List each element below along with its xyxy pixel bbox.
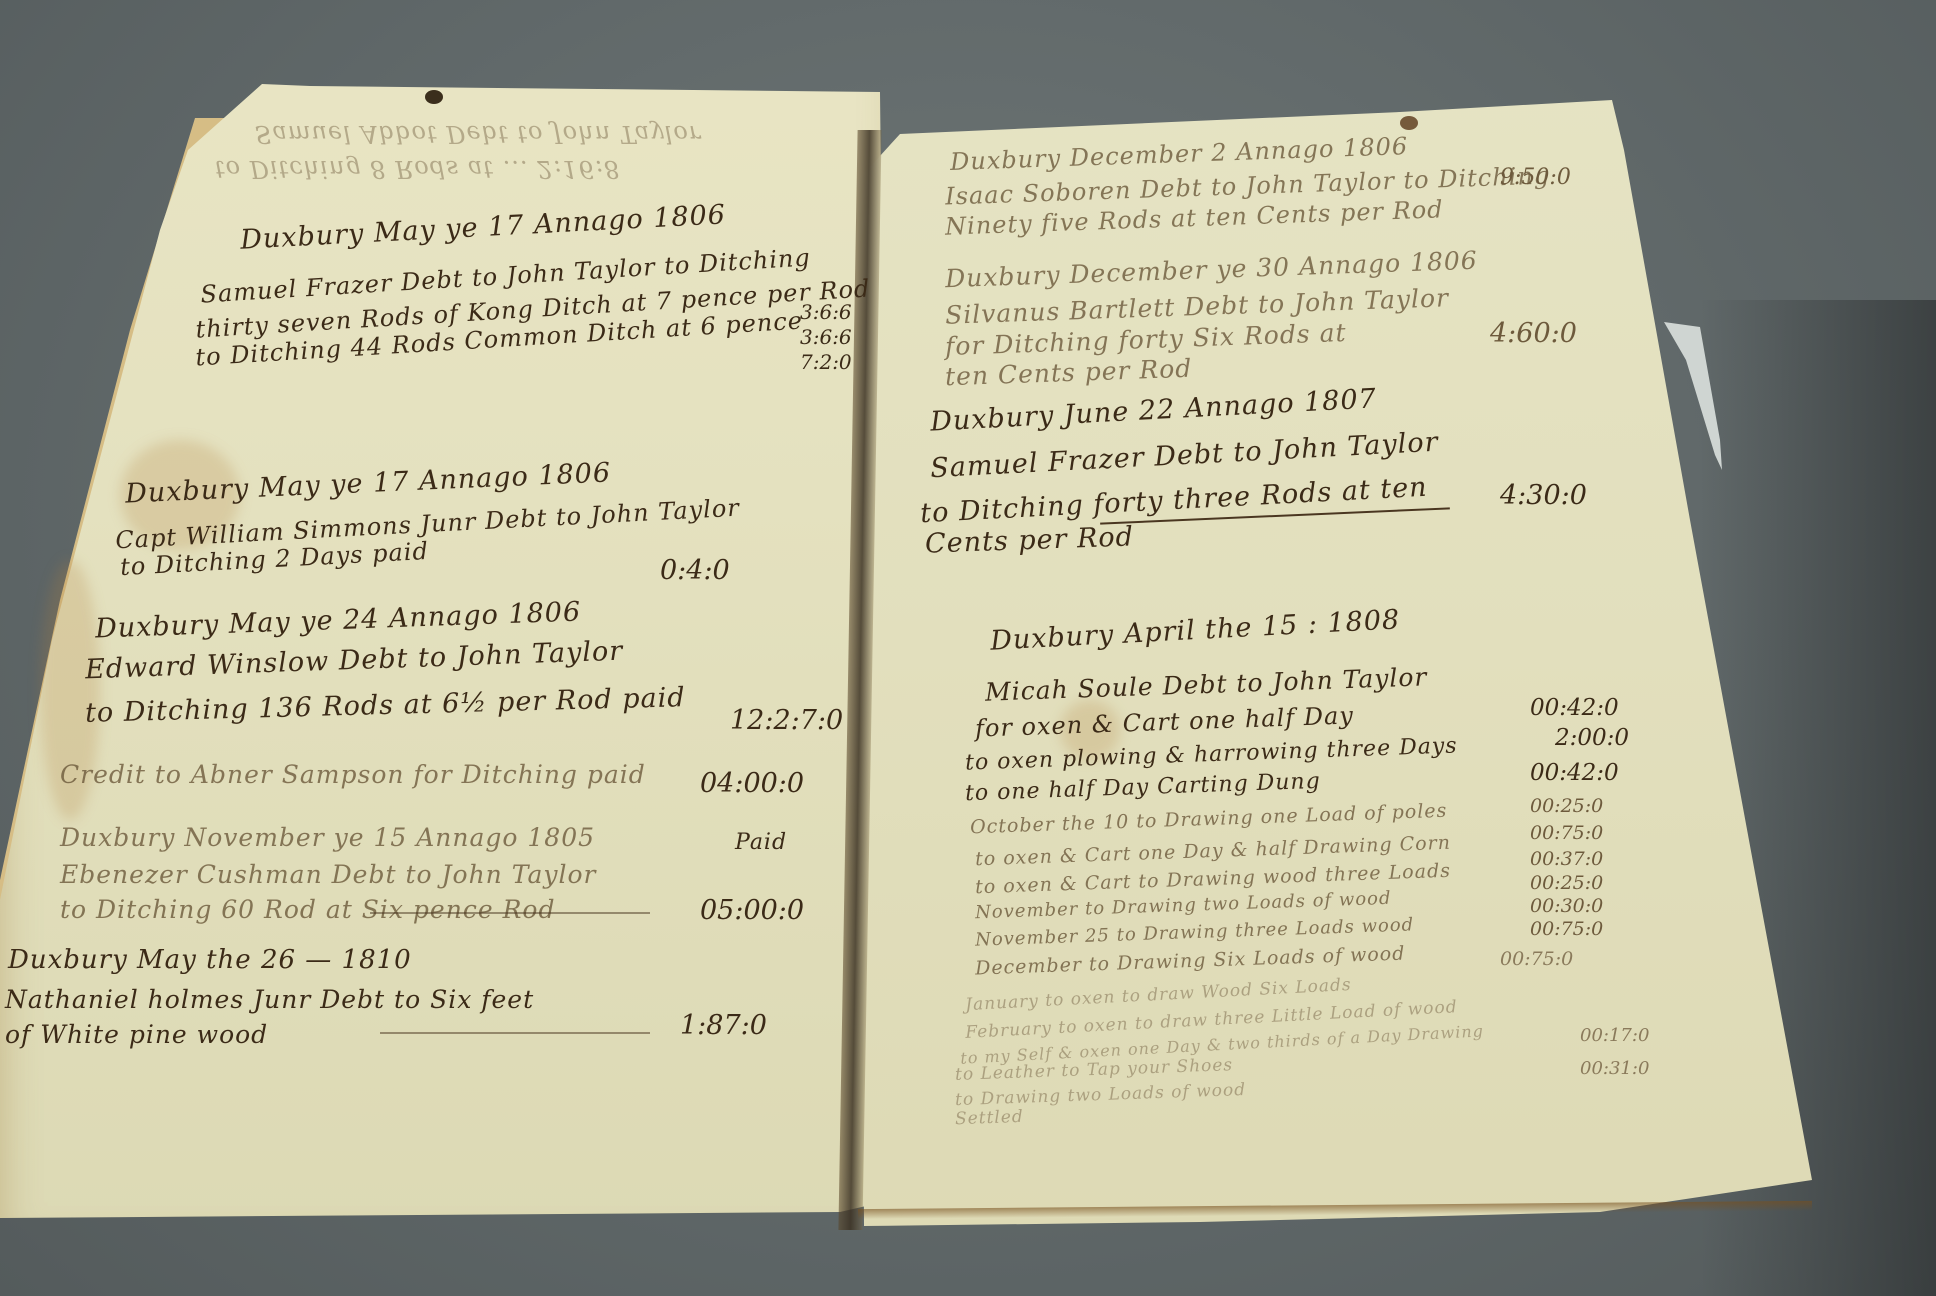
entry-line: to Ditching 60 Rod at Six pence Rod (60, 895, 555, 924)
entry-date: Duxbury May the 26 — 1810 (8, 945, 412, 975)
entry-amount: 00:75:0 (1530, 918, 1603, 940)
entry-line: of White pine wood (5, 1020, 268, 1049)
entry-amount: 2:00:0 (1555, 725, 1629, 751)
entry-amount: 4:60:0 (1490, 318, 1577, 349)
entry-amount: 00:30:0 (1530, 895, 1603, 917)
entry-line: Credit to Abner Sampson for Ditching pai… (60, 760, 646, 789)
entry-date: Duxbury November ye 15 Annago 1805 (60, 823, 595, 852)
ledger-rule (380, 1032, 650, 1034)
entry-amount: 12:2:7:0 (730, 705, 843, 736)
entry-amount: 00:37:0 (1530, 848, 1603, 870)
entry-amount: 00:25:0 (1530, 795, 1603, 817)
entry-amount: 9:50:0 (1500, 165, 1571, 190)
paid-note: Paid (735, 830, 787, 855)
entry-amount: 1:87:0 (680, 1010, 767, 1041)
entry-amount: 7:2:0 (800, 350, 852, 374)
entry-amount: 00:75:0 (1530, 822, 1603, 844)
entry-amount: 3:6:6 (800, 325, 852, 349)
ledger-rule (370, 912, 650, 914)
entry-amount: 00:17:0 (1580, 1025, 1649, 1046)
entry-amount: 00:31:0 (1580, 1058, 1649, 1079)
entry-amount: 00:42:0 (1530, 760, 1619, 786)
entry-amount: 3:6:6 (800, 300, 852, 324)
entry-amount: 0:4:0 (660, 555, 730, 586)
entry-amount: 05:00:0 (700, 895, 804, 926)
entry-line: Nathaniel holmes Junr Debt to Six feet (5, 985, 534, 1014)
entry-amount: 4:30:0 (1500, 480, 1587, 511)
burn-hole (1400, 116, 1418, 130)
bleed-through-text: to Ditching 8 Rods at ... 2:16:8 (215, 155, 620, 183)
entry-amount: 00:75:0 (1500, 948, 1573, 970)
settled-note: Settled (955, 1107, 1024, 1129)
burn-hole (425, 90, 443, 104)
entry-amount: 00:25:0 (1530, 872, 1603, 894)
bleed-through-text: Samuel Abbot Debt to John Taylor (255, 120, 701, 148)
entry-amount: 00:42:0 (1530, 695, 1619, 721)
entry-amount: 04:00:0 (700, 768, 804, 799)
entry-line: Ebenezer Cushman Debt to John Taylor (60, 860, 597, 889)
